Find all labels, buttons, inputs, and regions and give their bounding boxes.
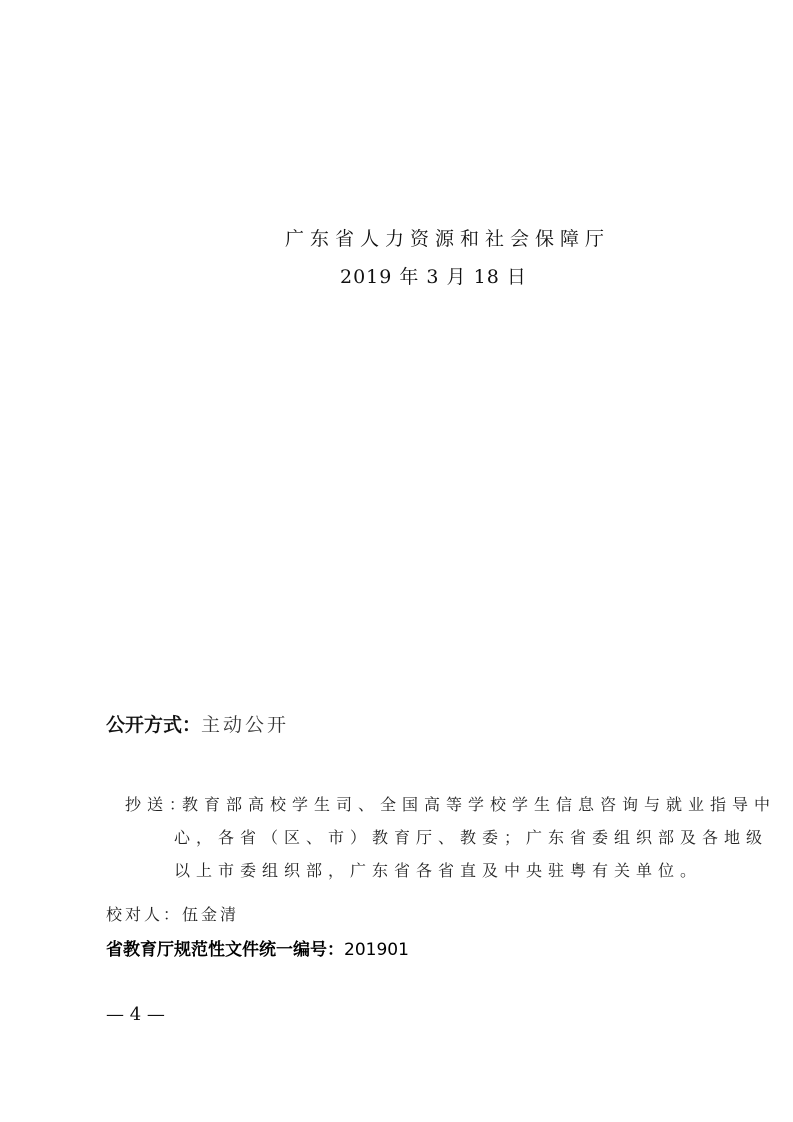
document-number-value: 201901	[344, 940, 409, 960]
page-number: — 4 —	[106, 1004, 165, 1025]
carbon-copy-line: 抄送：教育部高校学生司、全国高等学校学生信息咨询与就业指导中	[125, 788, 776, 821]
carbon-copy-line: 以上市委组织部，广东省各省直及中央驻粤有关单位。	[125, 854, 776, 887]
carbon-copy-block: 抄送：教育部高校学生司、全国高等学校学生信息咨询与就业指导中 心，各省（区、市）…	[125, 788, 776, 887]
disclosure-label: 公开方式：	[106, 714, 201, 736]
document-number-label: 省教育厅规范性文件统一编号：	[106, 940, 344, 960]
document-number: 省教育厅规范性文件统一编号：201901	[106, 935, 409, 960]
proofreader-name: 伍金清	[182, 905, 239, 924]
disclosure-mode: 公开方式：主动公开	[106, 710, 289, 737]
issue-date: 2019 年 3 月 18 日	[340, 262, 527, 289]
carbon-copy-text: 教育部高校学生司、全国高等学校学生信息咨询与就业指导中	[182, 795, 776, 814]
carbon-copy-line: 心，各省（区、市）教育厅、教委；广东省委组织部及各地级	[125, 821, 776, 854]
proofreader: 校对人：伍金清	[106, 902, 239, 925]
disclosure-value: 主动公开	[201, 714, 289, 736]
issuer-name: 广东省人力资源和社会保障厅	[285, 224, 610, 251]
carbon-copy-label: 抄送：	[125, 788, 182, 821]
proofreader-label: 校对人：	[106, 905, 182, 924]
